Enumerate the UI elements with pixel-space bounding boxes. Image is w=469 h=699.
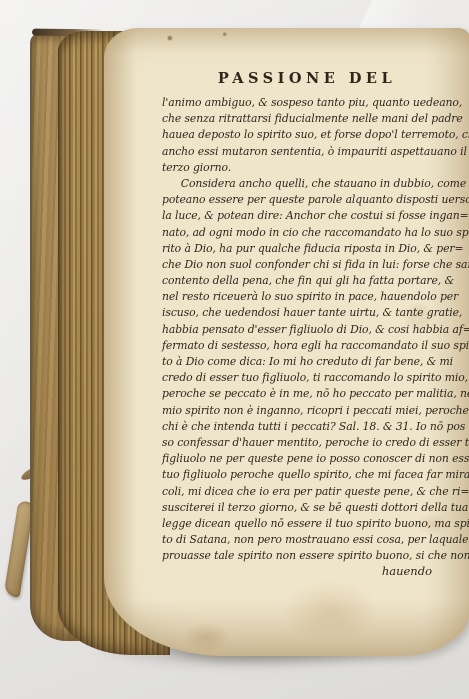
catchword: hauendo xyxy=(162,563,452,579)
text-line: l'animo ambiguo, & sospeso tanto piu, qu… xyxy=(162,94,435,110)
text-line: figliuolo ne per queste pene io posso co… xyxy=(162,450,435,466)
text-line: habbia pensato d'esser figliuolo di Dio,… xyxy=(162,321,435,337)
text-line: mio spirito non è inganno, ricopri i pec… xyxy=(162,402,435,418)
text-line: to à Dio come dica: Io mi ho creduto di … xyxy=(162,353,435,369)
text-line: iscuso, che uedendosi hauer tante uirtu,… xyxy=(162,304,435,320)
text-line: peroche se peccato è in me, nō ho peccat… xyxy=(162,385,435,401)
text-line: ancho essi mutaron sententia, ò impaurit… xyxy=(162,143,435,159)
text-line: contento della pena, che fin qui gli ha … xyxy=(162,272,435,288)
text-block: l'animo ambiguo, & sospeso tanto piu, qu… xyxy=(162,94,452,580)
text-line: fermato di sestesso, hora egli ha raccom… xyxy=(162,337,435,353)
text-line: che Dio non suol confonder chi si fida i… xyxy=(162,256,435,272)
text-line: so confessar d'hauer mentito, peroche io… xyxy=(162,434,435,450)
text-line: nel resto riceuerà lo suo spirito in pac… xyxy=(162,288,435,304)
text-line: rito à Dio, ha pur qualche fiducia ripos… xyxy=(162,240,435,256)
book-page: PASSIONE DEL l'animo ambiguo, & sospeso … xyxy=(104,28,469,656)
photo-of-open-book: PASSIONE DEL l'animo ambiguo, & sospeso … xyxy=(0,0,469,699)
text-line: nato, ad ogni modo in cio che raccomanda… xyxy=(162,224,435,240)
text-line: terzo giorno. xyxy=(162,159,435,175)
text-line: credo di esser tuo figliuolo, ti raccoma… xyxy=(162,369,435,385)
text-line: chi è che intenda tutti i peccati? Sal. … xyxy=(162,418,435,434)
text-line: to di Satana, non pero mostrauano essi c… xyxy=(162,531,435,547)
text-line: Considera ancho quelli, che stauano in d… xyxy=(162,175,435,191)
text-line: coli, mi dicea che io era per patir ques… xyxy=(162,483,435,499)
text-line: susciterei il terzo giorno, & se bē ques… xyxy=(162,499,435,515)
text-line: hauea deposto lo spirito suo, et forse d… xyxy=(162,126,435,142)
text-line: legge dicean quello nō essere il tuo spi… xyxy=(162,515,435,531)
text-line: la luce, & potean dire: Anchor che costu… xyxy=(162,207,435,223)
running-header: PASSIONE DEL xyxy=(162,70,452,87)
text-line: prouasse tale spirito non essere spirito… xyxy=(162,547,435,563)
text-line: che senza ritrattarsi fiducialmente nell… xyxy=(162,110,435,126)
text-line: poteano essere per queste parole alquant… xyxy=(162,191,435,207)
text-line: tuo figliuolo peroche quello spirito, ch… xyxy=(162,466,435,482)
